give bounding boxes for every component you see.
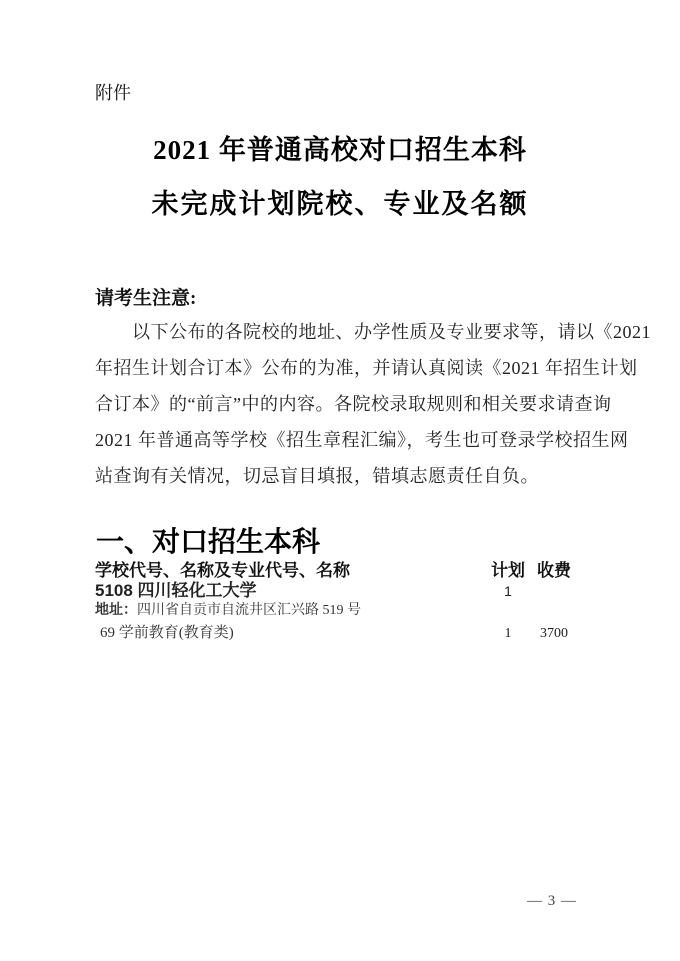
table-header-row: 学校代号、名称及专业代号、名称 计划 收费	[95, 561, 578, 581]
table-row-major: 69 学前教育(教育类) 1 3700	[95, 623, 578, 644]
table-row-address: 地址：四川省自贡市自流井区汇兴路 519 号	[95, 601, 578, 620]
address-label: 地址：	[95, 603, 137, 618]
notice-line-3: 合订本》的“前言”中的内容。各院校录取规则和相关要求请查询	[95, 386, 577, 422]
school-code-and-name: 5108 四川轻化工大学	[95, 581, 486, 601]
document-title-line1: 2021 年普通高校对口招生本科	[0, 134, 680, 166]
school-plan-count: 1	[486, 581, 530, 601]
notice-line-2: 年招生计划合订本》公布的为准，并请认真阅读《2021 年招生计划	[95, 350, 577, 386]
document-title-line2: 未完成计划院校、专业及名额	[0, 188, 680, 220]
school-address: 地址：四川省自贡市自流井区汇兴路 519 号	[95, 601, 486, 620]
major-code-and-name: 69 学前教育(教育类)	[95, 623, 486, 643]
notice-paragraph: 以下公布的各院校的地址、办学性质及专业要求等，请以《2021 年招生计划合订本》…	[95, 314, 577, 494]
table-row-school: 5108 四川轻化工大学 1	[95, 581, 578, 601]
notice-heading: 请考生注意:	[95, 286, 196, 312]
section-title: 一、对口招生本科	[96, 525, 320, 559]
page-number: — 3 —	[527, 892, 577, 910]
column-header-school-major: 学校代号、名称及专业代号、名称	[95, 561, 486, 581]
notice-line-4: 2021 年普通高等学校《招生章程汇编》，考生也可登录学校招生网	[95, 422, 577, 458]
major-plan-count: 1	[486, 624, 530, 644]
column-header-fee: 收费	[530, 561, 578, 581]
document-page: 附件 2021 年普通高校对口招生本科 未完成计划院校、专业及名额 请考生注意:…	[0, 0, 680, 961]
notice-line-5: 站查询有关情况，切忌盲目填报，错填志愿责任自负。	[95, 458, 577, 494]
notice-line-1: 以下公布的各院校的地址、办学性质及专业要求等，请以《2021	[95, 314, 577, 350]
enrollment-plan-table: 学校代号、名称及专业代号、名称 计划 收费 5108 四川轻化工大学 1 地址：…	[95, 561, 578, 644]
address-value: 四川省自贡市自流井区汇兴路 519 号	[137, 603, 361, 618]
column-header-plan: 计划	[486, 561, 530, 581]
attachment-label: 附件	[95, 82, 131, 104]
major-fee: 3700	[530, 624, 578, 644]
